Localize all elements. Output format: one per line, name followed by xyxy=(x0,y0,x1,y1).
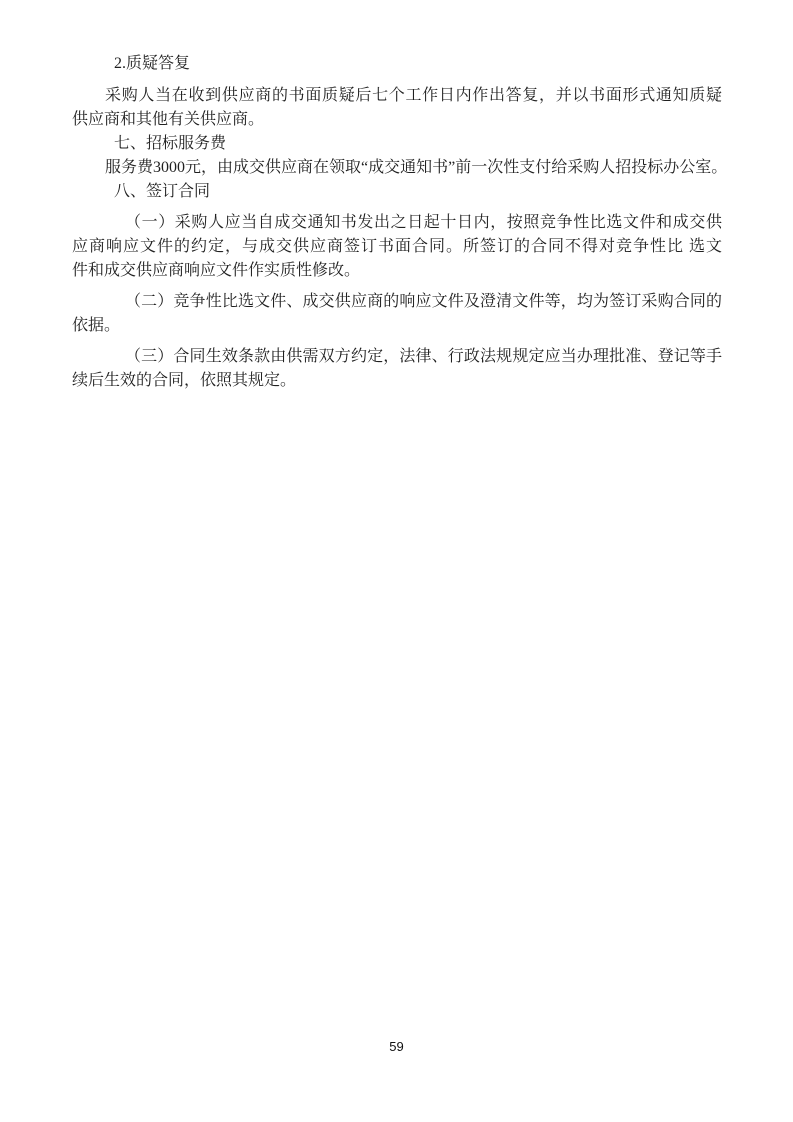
text-line: 应商响应文件的约定，与成交供应商签订书面合同。所签订的合同不得对竞争性比 选文 xyxy=(72,235,722,259)
section-heading: 八、签订合同 xyxy=(72,180,722,204)
paragraph: 服务费3000元，由成交供应商在领取“成交通知书”前一次性支付给采购人招投标办公… xyxy=(72,156,722,180)
text-line: 件和成交供应商响应文件作实质性修改。 xyxy=(72,259,722,283)
paragraph: 采购人当在收到供应商的书面质疑后七个工作日内作出答复，并以书面形式通知质疑 供应… xyxy=(72,84,722,132)
sub-paragraph: （二）竞争性比选文件、成交供应商的响应文件及澄清文件等，均为签订采购合同的 依据… xyxy=(72,290,722,338)
text-line: 采购人当在收到供应商的书面质疑后七个工作日内作出答复，并以书面形式通知质疑 xyxy=(72,84,722,108)
sub-paragraph: （三）合同生效条款由供需双方约定，法律、行政法规规定应当办理批准、登记等手 续后… xyxy=(72,345,722,393)
text-line: 供应商和其他有关供应商。 xyxy=(72,108,722,132)
text-line: 服务费3000元，由成交供应商在领取“成交通知书”前一次性支付给采购人招投标办公… xyxy=(72,156,722,180)
heading-text: 2.质疑答复 xyxy=(72,52,722,76)
text-line: 续后生效的合同，依照其规定。 xyxy=(72,369,722,393)
document-page: 2.质疑答复 采购人当在收到供应商的书面质疑后七个工作日内作出答复，并以书面形式… xyxy=(0,0,793,1122)
section-heading: 七、招标服务费 xyxy=(72,132,722,156)
page-number: 59 xyxy=(389,1039,403,1054)
heading-text: 七、招标服务费 xyxy=(72,132,722,156)
sub-paragraph: （一）采购人应当自成交通知书发出之日起十日内，按照竞争性比选文件和成交供 应商响… xyxy=(72,211,722,283)
text-line: （二）竞争性比选文件、成交供应商的响应文件及澄清文件等，均为签订采购合同的 xyxy=(72,290,722,314)
text-line: （三）合同生效条款由供需双方约定，法律、行政法规规定应当办理批准、登记等手 xyxy=(72,345,722,369)
section-heading: 2.质疑答复 xyxy=(72,52,722,76)
page-footer: 59 xyxy=(0,1039,793,1054)
text-line: （一）采购人应当自成交通知书发出之日起十日内，按照竞争性比选文件和成交供 xyxy=(72,211,722,235)
heading-text: 八、签订合同 xyxy=(72,180,722,204)
text-line: 依据。 xyxy=(72,314,722,338)
document-content: 2.质疑答复 采购人当在收到供应商的书面质疑后七个工作日内作出答复，并以书面形式… xyxy=(72,52,722,393)
